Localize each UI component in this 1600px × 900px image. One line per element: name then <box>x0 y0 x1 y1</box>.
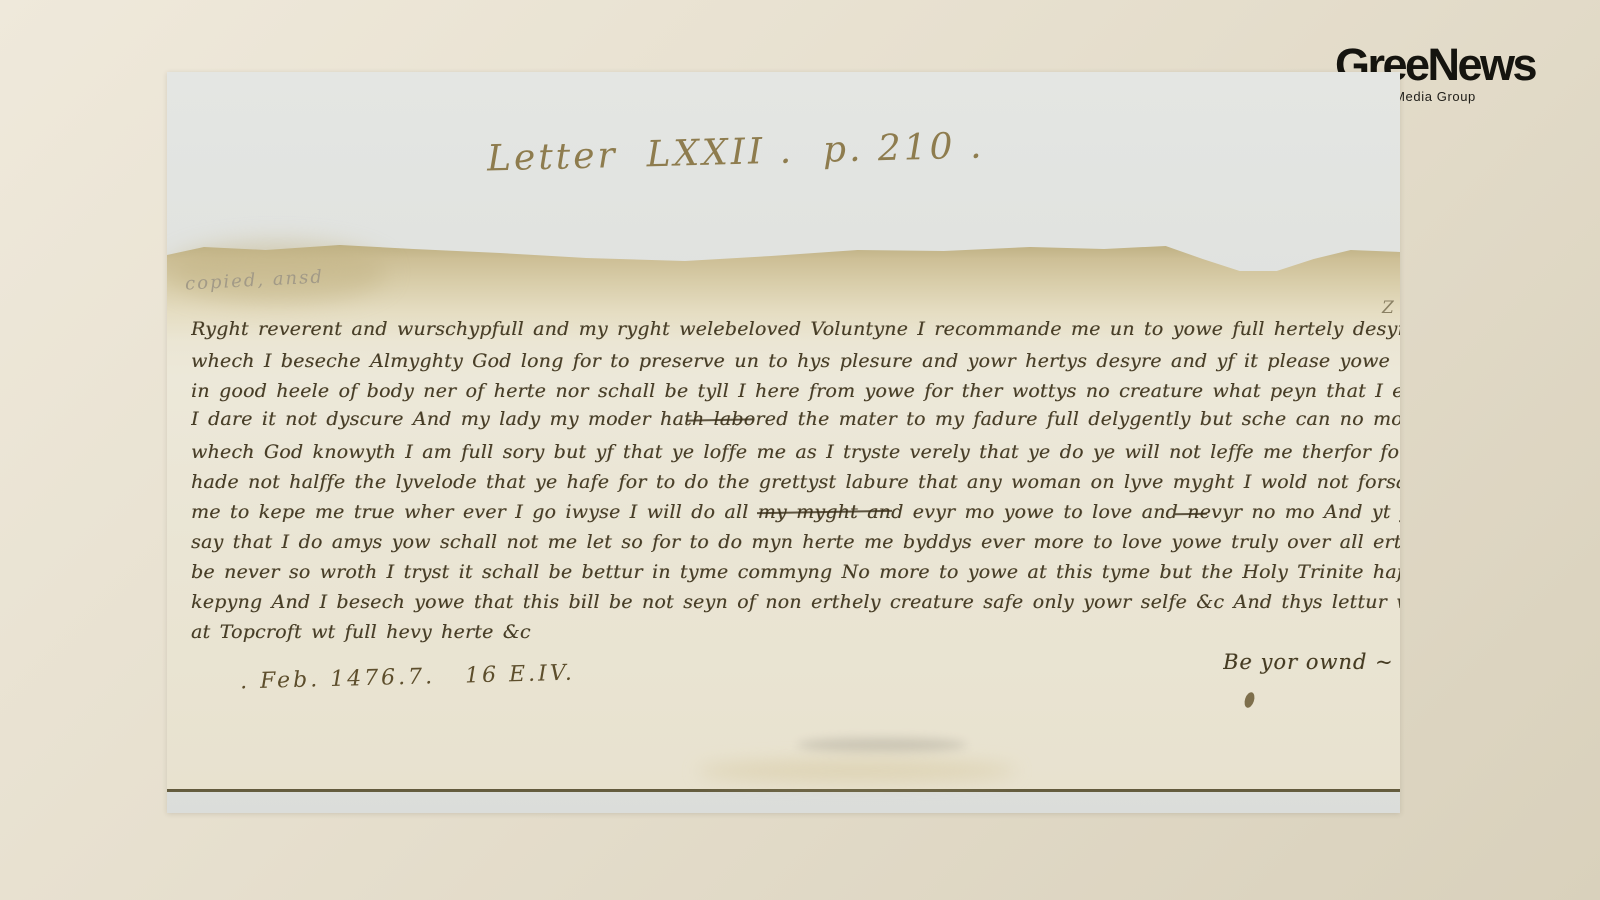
manuscript-line: hade not halffe the lyvelode that ye haf… <box>191 469 1400 496</box>
edge-mark: Z <box>1382 298 1394 318</box>
manuscript-line: whech God knowyth I am full sory but yf … <box>191 439 1400 466</box>
manuscript-line: at Topcroft wt full hevy herte &c <box>191 619 1400 646</box>
manuscript-line: in good heele of body ner of herte nor s… <box>191 378 1400 405</box>
manuscript-line: be never so wroth I tryst it schall be b… <box>191 559 1400 586</box>
manuscript-line: whech I beseche Almyghty God long for to… <box>191 348 1400 375</box>
manuscript-line: I dare it not dyscure And my lady my mod… <box>191 406 1400 433</box>
signature: Be yor ownd ~ y E <box>1223 650 1400 674</box>
manuscript-line: kepyng And I besech yowe that this bill … <box>191 589 1400 616</box>
manuscript-photo: Letter LXXII . p. 210 . copied, ansd Z R… <box>167 72 1400 813</box>
letter-heading: Letter LXXII . p. 210 . <box>487 125 985 179</box>
manuscript-line: say that I do amys yow schall not me let… <box>191 529 1400 556</box>
manuscript-line: Ryght reverent and wurschypfull and my r… <box>191 316 1400 343</box>
